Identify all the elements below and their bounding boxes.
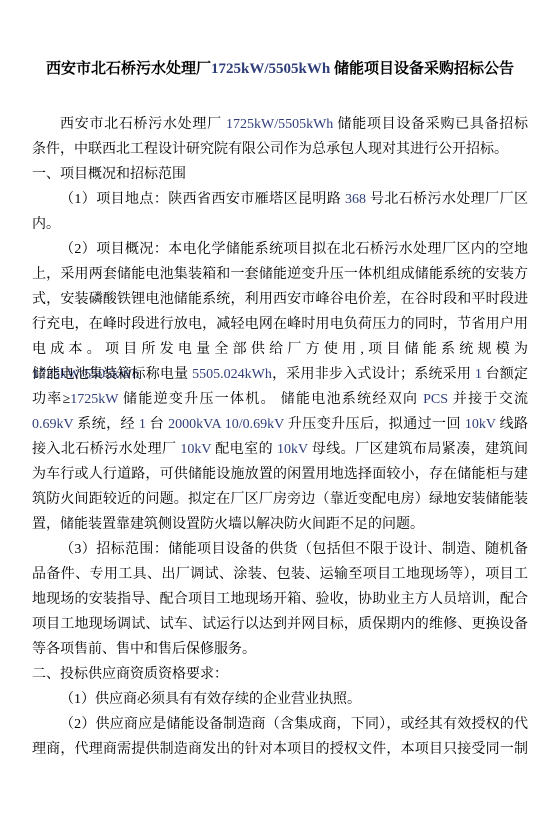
number-segment: PCS bbox=[423, 392, 448, 407]
text-segment: 母线。厂区建筑布局紧凑，建筑间 bbox=[308, 442, 528, 457]
number-segment: 1725kW/5505kWh bbox=[226, 117, 333, 132]
number-segment: 10kV bbox=[180, 442, 211, 457]
text-line: 内。 bbox=[32, 212, 528, 237]
text-segment: （2）项目概况：本电化学储能系统项目拟在北石桥污水处理厂区内的空地 bbox=[60, 242, 528, 257]
text-line: 0.69kV 系统，经 1 台 2000kVA 10/0.69kV 升压变升压后… bbox=[32, 412, 528, 437]
document-body: 西安市北石桥污水处理厂 1725kW/5505kWh 储能项目设备采购已具备招标… bbox=[32, 112, 528, 762]
text-segment: 式，安装磷酸铁锂电池储能系统，利用西安市峰谷电价差，在谷时段和平时段进 bbox=[32, 292, 528, 307]
text-line: 西安市北石桥污水处理厂 1725kW/5505kWh 储能项目设备采购已具备招标 bbox=[32, 112, 528, 137]
text-segment: （1）供应商必须具有有效存续的企业营业执照。 bbox=[60, 692, 361, 707]
text-line: 品备件、专用工具、出厂调试、涂装、包装、运输至项目工地现场等），项目工 bbox=[32, 562, 528, 587]
number-segment: 0.69kV bbox=[32, 417, 73, 432]
number-segment: 5505.024kWh bbox=[192, 367, 272, 382]
text-line: 电成本。项目所发电量全部供给厂方使用,项目储能系统规模为 1725kW/5505… bbox=[32, 337, 528, 362]
text-line: （1）供应商必须具有有效存续的企业营业执照。 bbox=[32, 687, 528, 712]
text-segment: 理商，代理商需提供制造商发出的针对本项目的授权文件，本项目只接受同一制 bbox=[32, 742, 528, 757]
text-segment: 储能电池集装箱标称电量 bbox=[32, 367, 192, 382]
text-segment: 并接于交流 bbox=[448, 392, 528, 407]
number-segment: 1 bbox=[475, 367, 482, 382]
text-segment: 上，采用两套储能电池集装箱和一套储能逆变升压一体机组成储能系统的安装方 bbox=[32, 267, 528, 282]
text-line: 地现场的安装指导、配合项目工地现场开箱、验收，协助业主方人员培训，配合 bbox=[32, 587, 528, 612]
text-segment: 行充电，在峰时段进行放电，减轻电网在峰时用电负荷压力的同时，节省用户用 bbox=[32, 317, 528, 332]
number-segment: 1 bbox=[139, 417, 146, 432]
text-segment: 台 bbox=[146, 417, 168, 432]
number-segment: 10kV bbox=[277, 442, 308, 457]
title-text-segment: 储能项目设备采购招标公告 bbox=[330, 61, 514, 77]
text-segment: 系统，经 bbox=[73, 417, 139, 432]
text-segment: 二、投标供应商资质资格要求： bbox=[32, 667, 228, 682]
text-line: 功率≥1725kW 储能逆变升压一体机。 储能电池系统经双向 PCS 并接于交流 bbox=[32, 387, 528, 412]
text-segment: 条件，中联西北工程设计研究院有限公司作为总承包人现对其进行公开招标。 bbox=[32, 142, 508, 157]
text-segment: 置，储能装置靠建筑侧设置防火墙以解决防火间距不足的问题。 bbox=[32, 517, 424, 532]
text-line: （2）供应商应是储能设备制造商（含集成商，下同），或经其有效授权的代 bbox=[32, 712, 528, 737]
number-segment: 1725kW bbox=[70, 392, 118, 407]
text-segment: 配电室的 bbox=[211, 442, 277, 457]
text-segment: ，采用非步入式设计；系统采用 bbox=[272, 367, 475, 382]
text-segment: 项目工地现场调试、试车、试运行以达到并网目标，质保期内的维修、更换设备 bbox=[32, 617, 528, 632]
text-line: 行充电，在峰时段进行放电，减轻电网在峰时用电负荷压力的同时，节省用户用 bbox=[32, 312, 528, 337]
text-line: （1）项目地点：陕西省西安市雁塔区昆明路 368 号北石桥污水处理厂厂区 bbox=[32, 187, 528, 212]
text-segment: （3）招标范围：储能项目设备的供货（包括但不限于设计、制造、随机备 bbox=[60, 542, 528, 557]
text-line: 置，储能装置靠建筑侧设置防火墙以解决防火间距不足的问题。 bbox=[32, 512, 528, 537]
text-segment: 等各项售前、售中和售后保修服务。 bbox=[32, 642, 256, 657]
text-segment: 西安市北石桥污水处理厂 bbox=[60, 117, 226, 132]
text-line: 储能电池集装箱标称电量 5505.024kWh，采用非步入式设计；系统采用 1 … bbox=[32, 362, 528, 387]
text-segment: 升压变升压后，拟通过一回 bbox=[284, 417, 465, 432]
text-line: 条件，中联西北工程设计研究院有限公司作为总承包人现对其进行公开招标。 bbox=[32, 137, 528, 162]
text-segment: 接入北石桥污水处理厂 bbox=[32, 442, 180, 457]
text-segment: （2）供应商应是储能设备制造商（含集成商，下同），或经其有效授权的代 bbox=[60, 717, 528, 732]
text-line: 为车行或人行道路，可供储能设施放置的闲置用地选择面较小，存在储能柜与建 bbox=[32, 462, 528, 487]
number-segment: 368 bbox=[345, 192, 366, 207]
text-segment: 内。 bbox=[32, 217, 60, 232]
text-line: 等各项售前、售中和售后保修服务。 bbox=[32, 637, 528, 662]
text-segment: 储能逆变升压一体机。 储能电池系统经双向 bbox=[118, 392, 423, 407]
text-segment: 地现场的安装指导、配合项目工地现场开箱、验收，协助业主方人员培训，配合 bbox=[32, 592, 528, 607]
number-segment: 10kV bbox=[465, 417, 496, 432]
text-segment: 电成本。项目所发电量全部供给厂方使用,项目储能系统规模为 bbox=[32, 342, 528, 357]
text-line: （3）招标范围：储能项目设备的供货（包括但不限于设计、制造、随机备 bbox=[32, 537, 528, 562]
text-segment: 品备件、专用工具、出厂调试、涂装、包装、运输至项目工地现场等），项目工 bbox=[32, 567, 528, 582]
text-segment: 功率≥ bbox=[32, 392, 70, 407]
text-segment: 一、项目概况和招标范围 bbox=[32, 167, 186, 182]
title-number-segment: 1725kW/5505kWh bbox=[211, 61, 330, 77]
text-segment: 号北石桥污水处理厂厂区 bbox=[366, 192, 528, 207]
text-line: 项目工地现场调试、试车、试运行以达到并网目标，质保期内的维修、更换设备 bbox=[32, 612, 528, 637]
text-line: 上，采用两套储能电池集装箱和一套储能逆变升压一体机组成储能系统的安装方 bbox=[32, 262, 528, 287]
text-line: 筑防火间距较近的问题。拟定在厂区厂房旁边（靠近变配电房）绿地安装储能装 bbox=[32, 487, 528, 512]
text-segment: 台额定 bbox=[482, 367, 528, 382]
text-line: 接入北石桥污水处理厂 10kV 配电室的 10kV 母线。厂区建筑布局紧凑，建筑… bbox=[32, 437, 528, 462]
text-segment: 筑防火间距较近的问题。拟定在厂区厂房旁边（靠近变配电房）绿地安装储能装 bbox=[32, 492, 528, 507]
number-segment: 2000kVA 10/0.69kV bbox=[168, 417, 284, 432]
text-segment: 为车行或人行道路，可供储能设施放置的闲置用地选择面较小，存在储能柜与建 bbox=[32, 467, 528, 482]
text-segment: 储能项目设备采购已具备招标 bbox=[333, 117, 528, 132]
text-line: 二、投标供应商资质资格要求： bbox=[32, 662, 528, 687]
document-title: 西安市北石桥污水处理厂1725kW/5505kWh 储能项目设备采购招标公告 bbox=[32, 57, 528, 81]
text-line: （2）项目概况：本电化学储能系统项目拟在北石桥污水处理厂区内的空地 bbox=[32, 237, 528, 262]
document-page: 西安市北石桥污水处理厂1725kW/5505kWh 储能项目设备采购招标公告 西… bbox=[0, 0, 560, 828]
text-line: 理商，代理商需提供制造商发出的针对本项目的授权文件，本项目只接受同一制 bbox=[32, 737, 528, 762]
text-line: 式，安装磷酸铁锂电池储能系统，利用西安市峰谷电价差，在谷时段和平时段进 bbox=[32, 287, 528, 312]
text-segment: （1）项目地点：陕西省西安市雁塔区昆明路 bbox=[60, 192, 345, 207]
text-line: 一、项目概况和招标范围 bbox=[32, 162, 528, 187]
text-segment: 线路 bbox=[496, 417, 528, 432]
title-text-segment: 西安市北石桥污水处理厂 bbox=[46, 61, 211, 77]
